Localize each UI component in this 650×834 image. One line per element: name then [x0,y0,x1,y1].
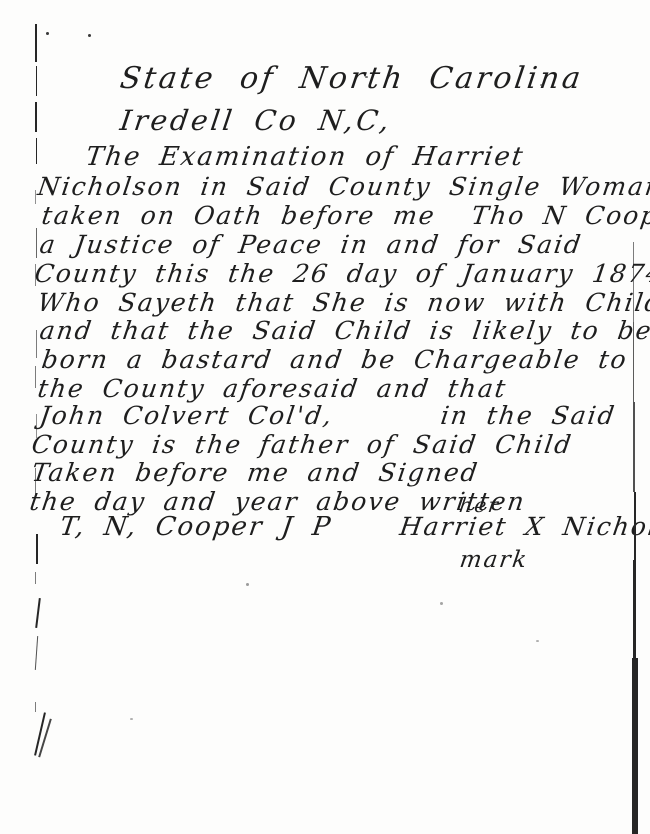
doc-line-father-of-child: County is the father of Said Child [30,431,574,459]
doc-line-date: County this the 26 day of January 1874 [33,260,650,288]
mark-label: mark [458,548,530,573]
ink-speck [88,34,91,37]
justice-signature: T, N, Cooper J P [58,513,334,542]
right-edge-line [633,242,634,322]
right-edge-line [634,492,636,562]
ink-speck [536,640,539,642]
doc-line-with-child: Who Sayeth that She is now with Child [36,289,650,317]
doc-line-chargeable: born a bastard and be Chargeable to [40,346,630,374]
left-binding-dash [36,534,38,564]
right-edge-line [632,658,638,834]
ink-speck [365,76,368,78]
ink-speck [130,718,133,720]
left-binding-dash [35,102,37,132]
ink-speck [246,583,249,586]
doc-line-likely: and that the Said Child is likely to be [38,317,650,345]
deponent-signature: Harriet X Nicholson [398,513,650,541]
left-binding-dash [35,264,36,286]
left-binding-dash [35,190,36,204]
doc-line-oath: taken on Oath before me Tho N Cooper [40,202,650,230]
ink-speck [440,602,443,605]
right-edge-line [633,402,635,492]
left-binding-dash [35,702,36,712]
right-edge-line [633,322,634,402]
left-binding-dash [36,330,37,358]
doc-line-nicholson: Nicholson in Said County Single Woman [36,173,650,201]
doc-line-father-named: John Colvert Col'd, in the Said [38,402,618,430]
left-binding-dash [36,414,37,438]
doc-line-aforesaid: the County aforesaid and that [36,375,509,403]
left-binding-dash [36,66,37,96]
left-binding-dash [36,138,37,164]
left-binding-dash [35,636,38,670]
left-binding-dash [35,24,37,62]
doc-line-justice: a Justice of Peace in and for Said [38,231,584,259]
left-binding-dash [36,228,37,258]
doc-line-county-heading: Iredell Co N,C, [118,106,394,137]
scanned-document-page: State of North Carolina Iredell Co N,C, … [0,0,650,834]
doc-line-state-heading: State of North Carolina [118,62,585,95]
right-edge-line [633,560,636,660]
doc-line-taken-signed: Taken before me and Signed [30,459,481,487]
left-binding-dash [35,366,36,388]
doc-line-examination: The Examination of Harriet [84,143,526,172]
left-binding-dash [35,572,36,584]
ink-speck [46,32,49,35]
ink-speck [540,84,543,86]
left-binding-dash [35,598,41,628]
left-binding-dash [35,468,36,496]
